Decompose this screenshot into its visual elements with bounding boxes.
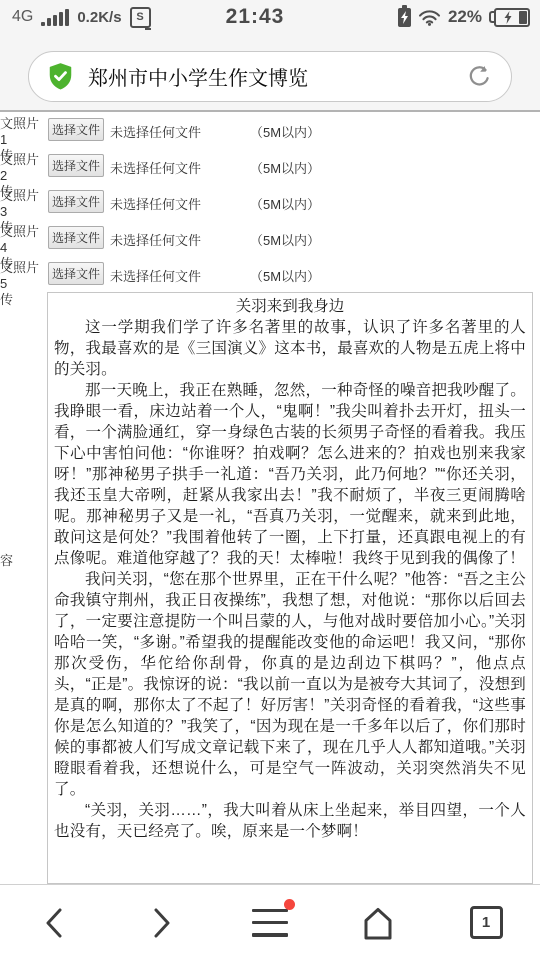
page-title[interactable]: 郑州市中小学生作文博览: [88, 62, 466, 91]
file-status-2: 未选择任何文件: [110, 158, 201, 177]
security-shield-icon: [47, 63, 74, 90]
size-hint-1: （5M以内）: [250, 122, 320, 141]
essay-paragraph: 那一天晚上，我正在熟睡，忽然，一种奇怪的噪音把我吵醒了。我睁眼一看，床边站着一个…: [54, 380, 526, 569]
size-hint-2: （5M以内）: [250, 158, 320, 177]
file-status-4: 未选择任何文件: [110, 230, 201, 249]
choose-file-button-4[interactable]: 选择文件: [48, 226, 104, 249]
essay-paragraph: 这一学期我们学了许多名著里的故事，认识了许多名著里的人物，我最喜欢的是《三国演义…: [54, 317, 526, 380]
status-bar: 4G 0.2K/s S 21:43 22%: [0, 0, 540, 34]
hamburger-menu-icon: [252, 909, 288, 937]
essay-paragraph: 我问关羽，“您在那个世界里，正在干什么呢？”他答：“吾之主公命我镇守荆州，我正日…: [54, 569, 526, 800]
tab-counter: 1: [470, 906, 503, 939]
choose-file-button-3[interactable]: 选择文件: [48, 190, 104, 213]
choose-file-button-5[interactable]: 选择文件: [48, 262, 104, 285]
battery-level-icon: [489, 8, 530, 27]
file-status-3: 未选择任何文件: [110, 194, 201, 213]
wifi-icon: [418, 8, 441, 26]
upload-row-4: 文照片4传 选择文件 未选择任何文件 （5M以内）: [0, 222, 540, 258]
menu-button[interactable]: [216, 885, 324, 960]
upload-row-3: 文照片3传 选择文件 未选择任何文件 （5M以内）: [0, 186, 540, 222]
size-hint-3: （5M以内）: [250, 194, 320, 213]
content-field-label: 容: [0, 550, 13, 569]
home-button[interactable]: [324, 885, 432, 960]
choose-file-button-2[interactable]: 选择文件: [48, 154, 104, 177]
refresh-icon[interactable]: [466, 63, 493, 90]
file-status-5: 未选择任何文件: [110, 266, 201, 285]
size-hint-4: （5M以内）: [250, 230, 320, 249]
essay-paragraph: “关羽，关羽……”，我大叫着从床上坐起来，举目四望，一个人也没有，天已经亮了。唉…: [54, 800, 526, 842]
address-bar[interactable]: 郑州市中小学生作文博览: [28, 51, 512, 102]
essay-title: 关羽来到我身边: [54, 296, 526, 317]
notification-badge: [284, 899, 295, 910]
upload-row-5: 文照片5传 选择文件 未选择任何文件 （5M以内）: [0, 258, 540, 294]
back-button[interactable]: [0, 885, 108, 960]
battery-percent-label: 22%: [448, 7, 482, 27]
upload-label-5: 文照片5传: [0, 260, 46, 308]
home-icon: [360, 906, 396, 940]
choose-file-button-1[interactable]: 选择文件: [48, 118, 104, 141]
forward-button[interactable]: [108, 885, 216, 960]
tabs-button[interactable]: 1: [432, 885, 540, 960]
essay-content-textarea[interactable]: 关羽来到我身边 这一学期我们学了许多名著里的故事，认识了许多名著里的人物，我最喜…: [47, 292, 533, 884]
status-right-group: 22%: [398, 0, 530, 34]
upload-row-1: 文照片1传 选择文件 未选择任何文件 （5M以内）: [0, 114, 540, 150]
browser-screen: 4G 0.2K/s S 21:43 22%: [0, 0, 540, 960]
upload-row-2: 文照片2传 选择文件 未选择任何文件 （5M以内）: [0, 150, 540, 186]
size-hint-5: （5M以内）: [250, 266, 320, 285]
browser-nav-bar: 1: [0, 884, 540, 960]
upload-form: 文照片1传 选择文件 未选择任何文件 （5M以内） 文照片2传 选择文件 未选择…: [0, 112, 540, 292]
file-status-1: 未选择任何文件: [110, 122, 201, 141]
charging-battery-icon: [398, 8, 411, 27]
